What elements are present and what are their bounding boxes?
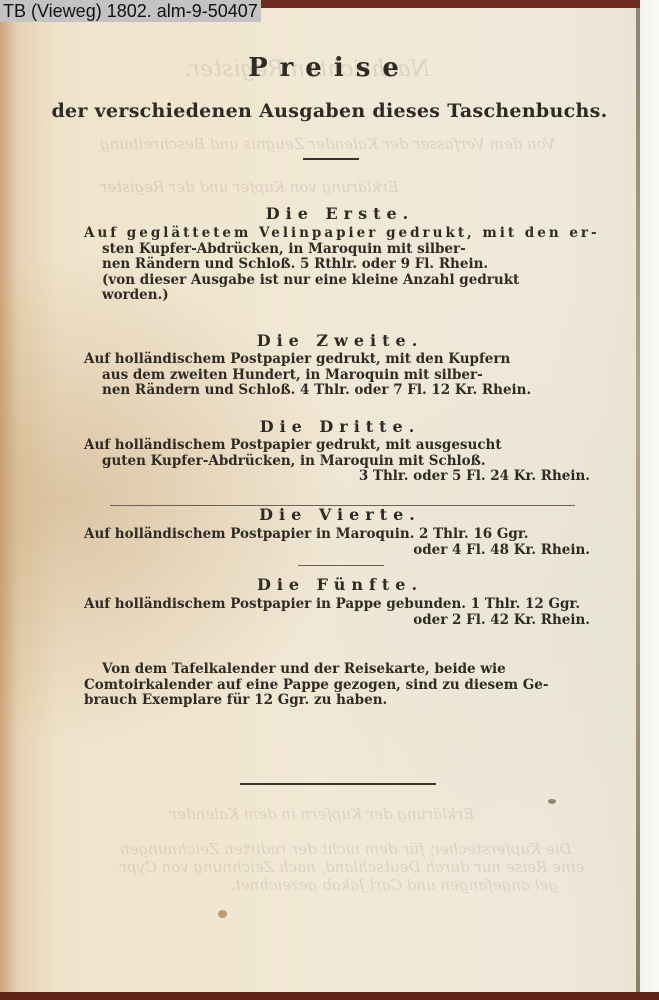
body-line: worden.) bbox=[84, 288, 590, 304]
body-line: nen Rändern und Schloß. 5 Rthlr. oder 9 … bbox=[84, 257, 590, 273]
show-through-text: Erklärung von Kupfer und der Register bbox=[100, 178, 399, 196]
body-line: Auf holländischem Postpapier gedrukt, mi… bbox=[84, 438, 590, 454]
section-rule bbox=[298, 565, 384, 566]
binding-edge bbox=[0, 992, 659, 1000]
body-line: nen Rändern und Schloß. 4 Thlr. oder 7 F… bbox=[84, 383, 590, 399]
image-caption: TB (Vieweg) 1802. alm-9-50407 bbox=[0, 0, 261, 22]
body-line: aus dem zweiten Hundert, in Maroquin mit… bbox=[84, 368, 590, 384]
body-line: Auf holländischem Postpapier in Maroquin… bbox=[84, 527, 590, 543]
show-through-text: Von dem Verfasser der Kalender Zeugnis u… bbox=[100, 135, 555, 153]
body-line: brauch Exemplare für 12 Ggr. zu haben. bbox=[84, 693, 590, 709]
note-paragraph: Von dem Tafelkalender und der Reisekarte… bbox=[84, 662, 590, 709]
show-through-text: gel angefangen und Carl Jakob gezeichnet… bbox=[230, 876, 558, 894]
body-line: oder 2 Fl. 42 Kr. Rhein. bbox=[84, 613, 590, 629]
ink-mark bbox=[548, 799, 556, 804]
body-line: Auf holländischem Postpapier in Pappe ge… bbox=[84, 597, 590, 613]
body-line: 3 Thlr. oder 5 Fl. 24 Kr. Rhein. bbox=[84, 469, 590, 485]
section-body-vierte: Auf holländischem Postpapier in Maroquin… bbox=[84, 527, 590, 558]
section-body-dritte: Auf holländischem Postpapier gedrukt, mi… bbox=[84, 438, 590, 485]
show-through-text: Erklärung der Kupfern in dem Kalender bbox=[170, 805, 474, 823]
body-line: Comtoirkalender auf eine Pappe gezogen, … bbox=[84, 678, 590, 694]
section-heading-zweite: Die Zweite. bbox=[80, 331, 600, 350]
show-through-text: eine Reise nur durch Deutschland, nach Z… bbox=[120, 858, 584, 876]
next-page-edge bbox=[640, 0, 659, 1000]
body-line: guten Kupfer-Abdrücken, in Maroquin mit … bbox=[84, 454, 590, 470]
section-heading-erste: Die Erste. bbox=[80, 204, 600, 223]
section-body-zweite: Auf holländischem Postpapier gedrukt, mi… bbox=[84, 352, 590, 399]
closing-rule bbox=[240, 783, 436, 785]
body-line: sten Kupfer-Abdrücken, in Maroquin mit s… bbox=[84, 242, 590, 258]
page-subtitle: der verschiedenen Ausgaben dieses Tasche… bbox=[0, 100, 659, 122]
section-body-erste: Auf geglättetem Velinpapier gedrukt, mit… bbox=[84, 226, 590, 304]
title-rule bbox=[303, 158, 359, 160]
show-through-text: Die Kupferstecher, für dem nicht der rad… bbox=[120, 840, 571, 858]
foxing-spot bbox=[218, 910, 227, 918]
body-line: Auf geglättetem Velinpapier gedrukt, mit… bbox=[84, 226, 590, 242]
page-title: Preise bbox=[0, 53, 659, 83]
body-line: Von dem Tafelkalender und der Reisekarte… bbox=[84, 662, 590, 678]
section-heading-vierte: Die Vierte. bbox=[80, 505, 600, 524]
body-line: Auf holländischem Postpapier gedrukt, mi… bbox=[84, 352, 590, 368]
section-heading-fuenfte: Die Fünfte. bbox=[80, 575, 600, 594]
body-line: (von dieser Ausgabe ist nur eine kleine … bbox=[84, 273, 590, 289]
body-line: oder 4 Fl. 48 Kr. Rhein. bbox=[84, 543, 590, 559]
section-heading-dritte: Die Dritte. bbox=[80, 417, 600, 436]
section-body-fuenfte: Auf holländischem Postpapier in Pappe ge… bbox=[84, 597, 590, 628]
